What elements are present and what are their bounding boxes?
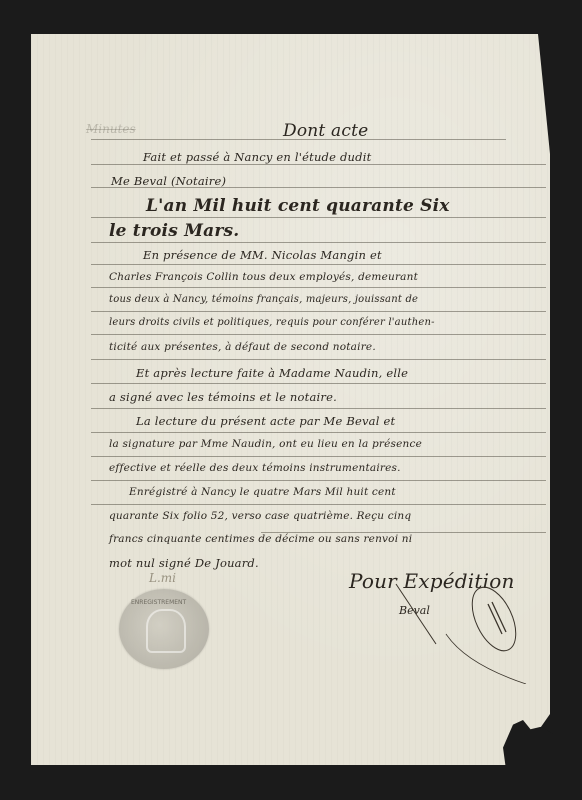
text-line: Et après lecture faite à Madame Naudin, … bbox=[136, 366, 408, 380]
ruled-line bbox=[91, 480, 546, 481]
text-line: le trois Mars. bbox=[109, 221, 239, 241]
crossed-out-note: Minutes bbox=[86, 122, 136, 136]
embossed-seal: ENREGISTREMENT bbox=[119, 589, 209, 669]
text-line: Enrégistré à Nancy le quatre Mars Mil hu… bbox=[129, 486, 396, 498]
text-line: leurs droits civils et politiques, requi… bbox=[109, 317, 435, 328]
ruled-line bbox=[91, 264, 546, 265]
text-line: ticité aux présentes, à défaut de second… bbox=[109, 341, 376, 353]
seal-text: ENREGISTREMENT bbox=[131, 599, 186, 606]
text-line: Fait et passé à Nancy en l'étude dudit bbox=[143, 150, 371, 164]
ruled-line bbox=[91, 383, 546, 384]
document-page: Minutes Dont acte Fait et passé à Nancy … bbox=[31, 34, 550, 765]
heading: Dont acte bbox=[283, 121, 368, 141]
ruled-line bbox=[91, 432, 546, 433]
ruled-line bbox=[91, 311, 546, 312]
ruled-line bbox=[91, 217, 546, 218]
text-line: Charles François Collin tous deux employ… bbox=[109, 271, 418, 283]
ruled-line bbox=[91, 334, 546, 335]
text-line: quarante Six folio 52, verso case quatri… bbox=[109, 510, 411, 522]
text-line: La lecture du présent acte par Me Beval … bbox=[136, 414, 395, 428]
ruled-line bbox=[91, 164, 546, 165]
ruled-line bbox=[91, 287, 546, 288]
text-line: tous deux à Nancy, témoins français, maj… bbox=[109, 294, 418, 305]
text-line: effective et réelle des deux témoins ins… bbox=[109, 462, 401, 474]
text-line: francs cinquante centimes de décime ou s… bbox=[109, 533, 412, 545]
seal-emblem-icon bbox=[146, 609, 186, 653]
text-line: la signature par Mme Naudin, ont eu lieu… bbox=[109, 438, 422, 450]
ruled-line bbox=[91, 456, 546, 457]
margin-stamp-mark: L.mi bbox=[149, 571, 176, 585]
text-line: L'an Mil huit cent quarante Six bbox=[146, 196, 450, 216]
ruled-line bbox=[91, 504, 546, 505]
text-line: a signé avec les témoins et le notaire. bbox=[109, 390, 337, 404]
text-line: En présence de MM. Nicolas Mangin et bbox=[143, 248, 382, 262]
ruled-line bbox=[91, 242, 546, 243]
signature-flourish-icon bbox=[376, 574, 546, 684]
text-line: mot nul signé De Jouard. bbox=[109, 556, 259, 570]
ruled-line bbox=[91, 359, 546, 360]
text-line: Me Beval (Notaire) bbox=[111, 174, 226, 188]
ruled-line bbox=[91, 408, 546, 409]
